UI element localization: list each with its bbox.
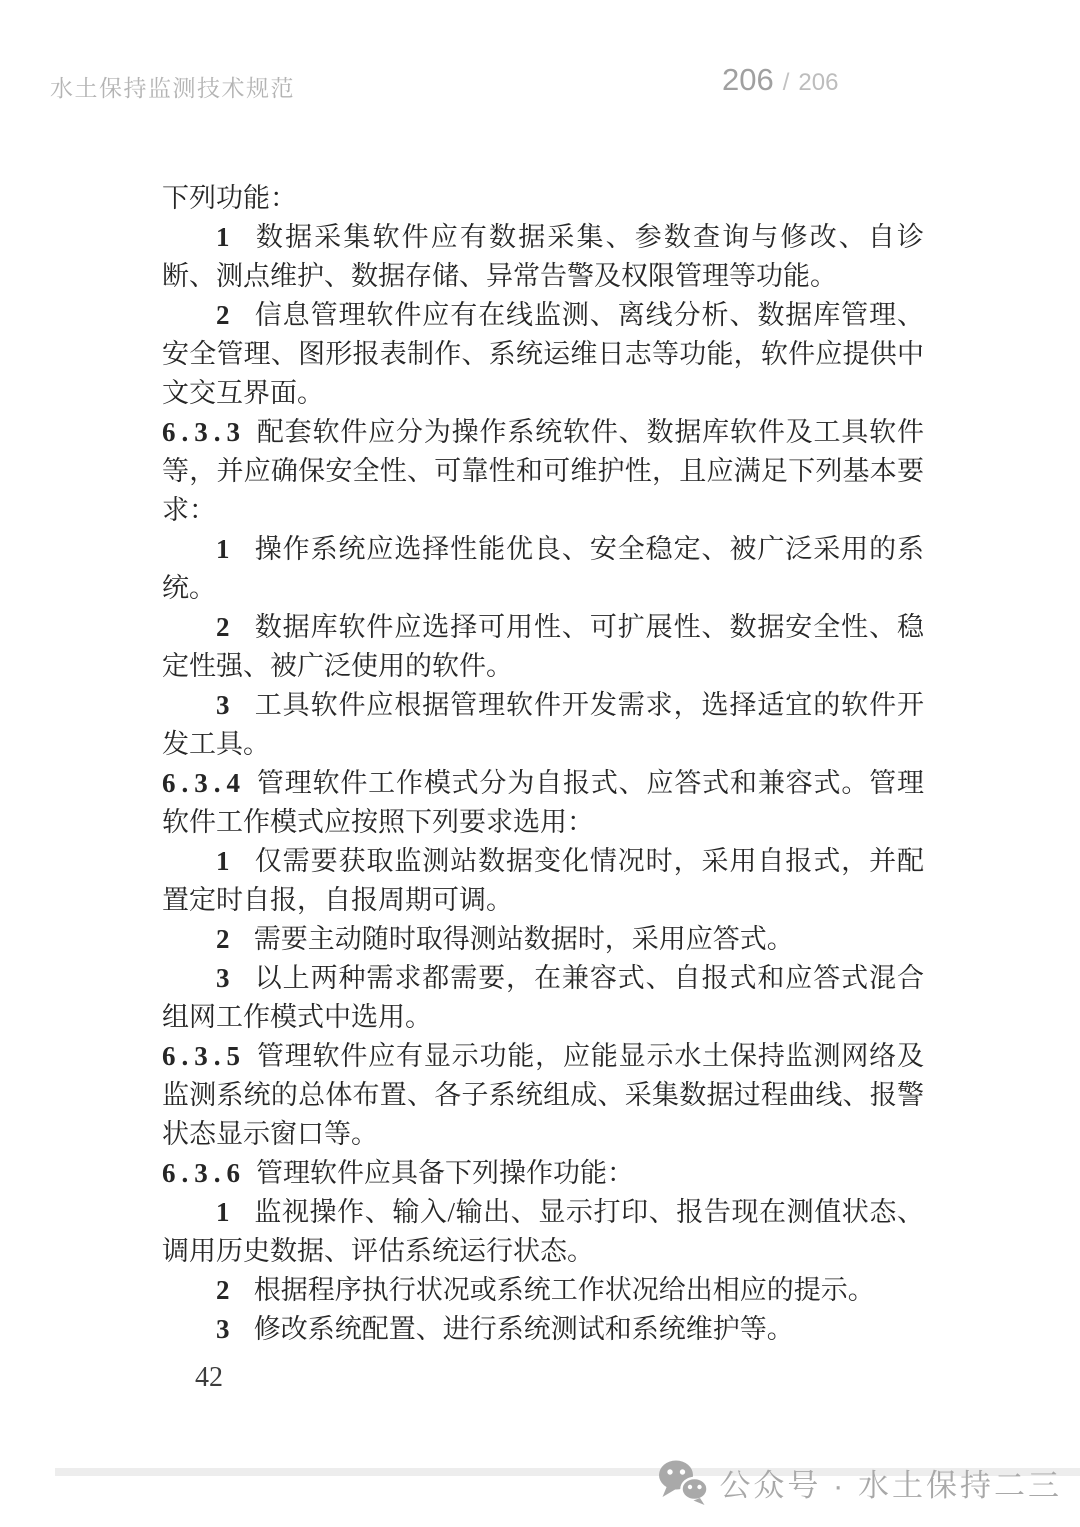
list-item-paragraph: 2数据库软件应选择可用性、可扩展性、数据安全性、稳定性强、被广泛使用的软件。 [162, 608, 924, 686]
list-item-paragraph: 1数据采集软件应有数据采集、参数查询与修改、自诊断、测点维护、数据存储、异常告警… [162, 218, 924, 296]
paragraph-number: 6.3.4 [162, 768, 246, 798]
paragraph-text: 仅需要获取监测站数据变化情况时，采用自报式，并配置定时自报，自报周期可调。 [162, 846, 924, 915]
document-viewer-page[interactable]: 水土保持监测技术规范 206 / 206 下列功能：1数据采集软件应有数据采集、… [0, 0, 1080, 1527]
paragraph-text: 工具软件应根据管理软件开发需求，选择适宜的软件开发工具。 [162, 690, 924, 759]
paragraph-number: 3 [216, 1314, 230, 1344]
paragraph-number: 2 [216, 924, 230, 954]
paragraph-number: 1 [216, 534, 230, 564]
paragraph: 下列功能： [162, 179, 924, 218]
page-indicator-total: 206 [798, 69, 838, 97]
page-number: 42 [195, 1362, 223, 1394]
paragraph-number: 1 [216, 222, 230, 252]
document-title: 水土保持监测技术规范 [50, 70, 295, 103]
paragraph-text: 配套软件应分为操作系统软件、数据库软件及工具软件等，并应确保安全性、可靠性和可维… [162, 417, 924, 525]
paragraph-number: 2 [216, 1275, 230, 1305]
paragraph-number: 3 [216, 690, 230, 720]
watermark: 公众号 · 水土保持二三 [657, 1458, 1062, 1506]
list-item-paragraph: 3修改系统配置、进行系统测试和系统维护等。 [162, 1310, 924, 1349]
paragraph-number: 1 [216, 1197, 230, 1227]
paragraph-text: 管理软件应具备下列操作功能： [256, 1158, 634, 1188]
section-paragraph: 6.3.6管理软件应具备下列操作功能： [162, 1154, 924, 1193]
page-indicator-separator: / [783, 69, 790, 97]
paragraph-text: 数据采集软件应有数据采集、参数查询与修改、自诊断、测点维护、数据存储、异常告警及… [162, 222, 924, 291]
paragraph-text: 信息管理软件应有在线监测、离线分析、数据库管理、安全管理、图形报表制作、系统运维… [162, 300, 924, 408]
section-paragraph: 6.3.3配套软件应分为操作系统软件、数据库软件及工具软件等，并应确保安全性、可… [162, 413, 924, 530]
paragraph-text: 以上两种需求都需要，在兼容式、自报式和应答式混合组网工作模式中选用。 [162, 963, 924, 1032]
list-item-paragraph: 3以上两种需求都需要，在兼容式、自报式和应答式混合组网工作模式中选用。 [162, 959, 924, 1037]
paragraph-number: 6.3.6 [162, 1158, 246, 1188]
section-paragraph: 6.3.5管理软件应有显示功能，应能显示水土保持监测网络及监测系统的总体布置、各… [162, 1037, 924, 1154]
document-body: 下列功能：1数据采集软件应有数据采集、参数查询与修改、自诊断、测点维护、数据存储… [162, 179, 924, 1349]
wechat-icon [657, 1459, 709, 1505]
list-item-paragraph: 1监视操作、输入/输出、显示打印、报告现在测值状态、调用历史数据、评估系统运行状… [162, 1193, 924, 1271]
paragraph-text: 修改系统配置、进行系统测试和系统维护等。 [254, 1314, 794, 1344]
paragraph-number: 6.3.3 [162, 417, 246, 447]
paragraph-number: 1 [216, 846, 230, 876]
list-item-paragraph: 1仅需要获取监测站数据变化情况时，采用自报式，并配置定时自报，自报周期可调。 [162, 842, 924, 920]
list-item-paragraph: 2根据程序执行状况或系统工作状况给出相应的提示。 [162, 1271, 924, 1310]
paragraph-number: 6.3.5 [162, 1041, 246, 1071]
watermark-text: 公众号 · 水土保持二三 [719, 1460, 1062, 1505]
paragraph-text: 操作系统应选择性能优良、安全稳定、被广泛采用的系统。 [162, 534, 924, 603]
paragraph-text: 数据库软件应选择可用性、可扩展性、数据安全性、稳定性强、被广泛使用的软件。 [162, 612, 924, 681]
paragraph-text: 下列功能： [162, 183, 297, 213]
paragraph-text: 管理软件应有显示功能，应能显示水土保持监测网络及监测系统的总体布置、各子系统组成… [162, 1041, 924, 1149]
list-item-paragraph: 2信息管理软件应有在线监测、离线分析、数据库管理、安全管理、图形报表制作、系统运… [162, 296, 924, 413]
list-item-paragraph: 1操作系统应选择性能优良、安全稳定、被广泛采用的系统。 [162, 530, 924, 608]
paragraph-text: 监视操作、输入/输出、显示打印、报告现在测值状态、调用历史数据、评估系统运行状态… [162, 1197, 924, 1266]
paragraph-text: 管理软件工作模式分为自报式、应答式和兼容式。管理软件工作模式应按照下列要求选用： [162, 768, 924, 837]
paragraph-number: 2 [216, 612, 230, 642]
page-indicator: 206 / 206 [722, 62, 838, 98]
page-indicator-current: 206 [722, 62, 774, 98]
list-item-paragraph: 2需要主动随时取得测站数据时，采用应答式。 [162, 920, 924, 959]
paragraph-text: 根据程序执行状况或系统工作状况给出相应的提示。 [254, 1275, 875, 1305]
paragraph-text: 需要主动随时取得测站数据时，采用应答式。 [254, 924, 794, 954]
paragraph-number: 3 [216, 963, 230, 993]
paragraph-number: 2 [216, 300, 230, 330]
list-item-paragraph: 3工具软件应根据管理软件开发需求，选择适宜的软件开发工具。 [162, 686, 924, 764]
section-paragraph: 6.3.4管理软件工作模式分为自报式、应答式和兼容式。管理软件工作模式应按照下列… [162, 764, 924, 842]
